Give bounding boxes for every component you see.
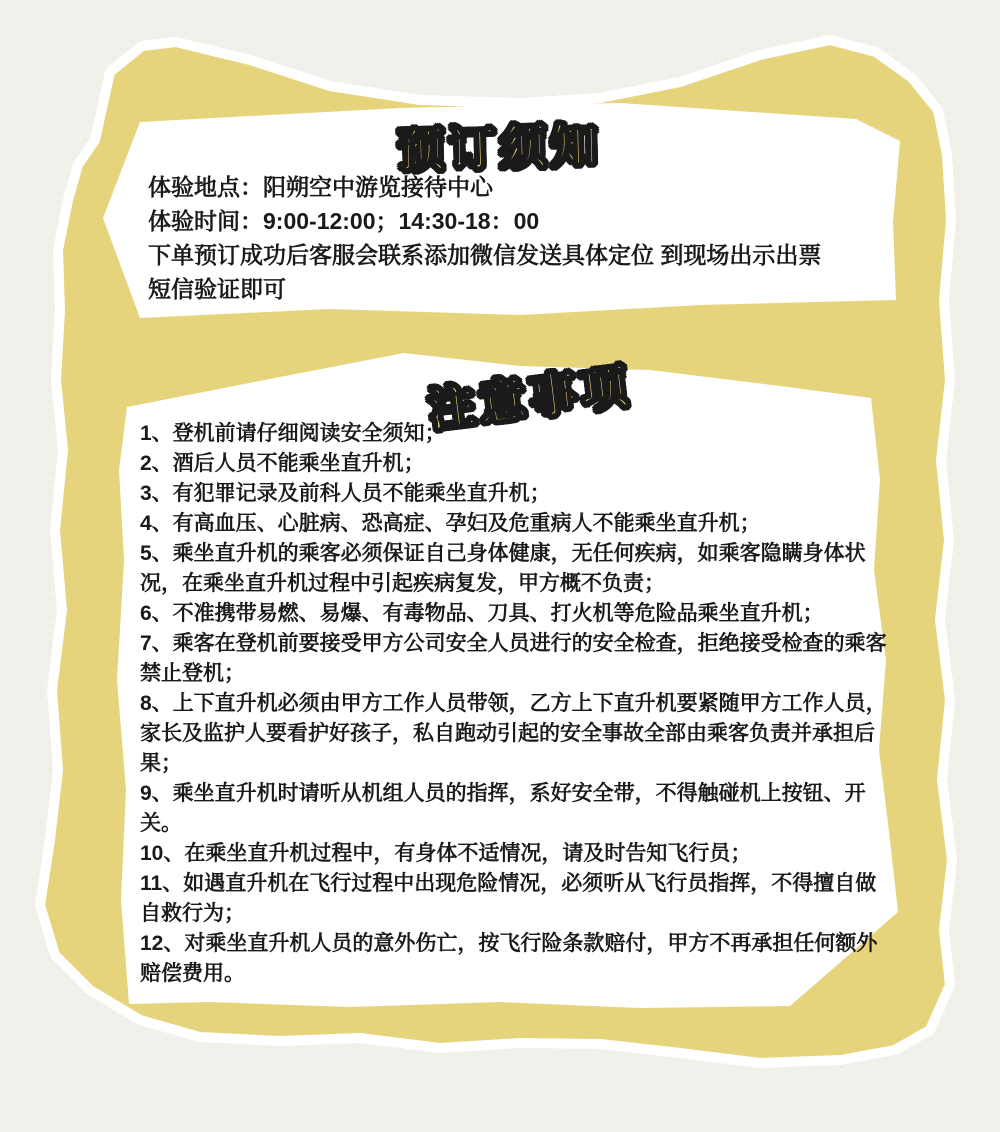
booking-note-line-1: 下单预订成功后客服会联系添加微信发送具体定位 到现场出示出票: [148, 238, 893, 272]
notes-item: 10、在乘坐直升机过程中，有身体不适情况，请及时告知飞行员；: [140, 839, 892, 869]
poster: 预订须知 体验地点：阳朔空中游览接待中心 体验时间：9:00-12:00；14:…: [0, 0, 1000, 1132]
booking-location-line: 体验地点：阳朔空中游览接待中心: [148, 170, 893, 204]
notes-item: 5、乘坐直升机的乘客必须保证自己身体健康，无任何疾病，如乘客隐瞒身体状况，在乘坐…: [140, 539, 892, 599]
notes-item: 3、有犯罪记录及前科人员不能乘坐直升机；: [140, 479, 892, 509]
notes-item: 7、乘客在登机前要接受甲方公司安全人员进行的安全检查，拒绝接受检查的乘客禁止登机…: [140, 629, 892, 689]
notes-item: 2、酒后人员不能乘坐直升机；: [140, 449, 892, 479]
booking-time-line: 体验时间：9:00-12:00；14:30-18：00: [148, 204, 893, 238]
notes-item: 6、不准携带易燃、易爆、有毒物品、刀具、打火机等危险品乘坐直升机；: [140, 599, 892, 629]
notes-item: 8、上下直升机必须由甲方工作人员带领，乙方上下直升机要紧随甲方工作人员，家长及监…: [140, 689, 892, 779]
notes-item: 9、乘坐直升机时请听从机组人员的指挥，系好安全带，不得触碰机上按钮、开关。: [140, 779, 892, 839]
notes-item: 12、对乘坐直升机人员的意外伤亡，按飞行险条款赔付，甲方不再承担任何额外赔偿费用…: [140, 929, 892, 989]
notes-item: 1、登机前请仔细阅读安全须知；: [140, 419, 892, 449]
notes-list: 1、登机前请仔细阅读安全须知； 2、酒后人员不能乘坐直升机； 3、有犯罪记录及前…: [140, 419, 892, 989]
booking-note-line-2: 短信验证即可: [148, 272, 893, 306]
notes-item: 11、如遇直升机在飞行过程中出现危险情况，必须听从飞行员指挥，不得擅自做自救行为…: [140, 869, 892, 929]
notes-item: 4、有高血压、心脏病、恐高症、孕妇及危重病人不能乘坐直升机；: [140, 509, 892, 539]
booking-info: 体验地点：阳朔空中游览接待中心 体验时间：9:00-12:00；14:30-18…: [148, 170, 893, 306]
